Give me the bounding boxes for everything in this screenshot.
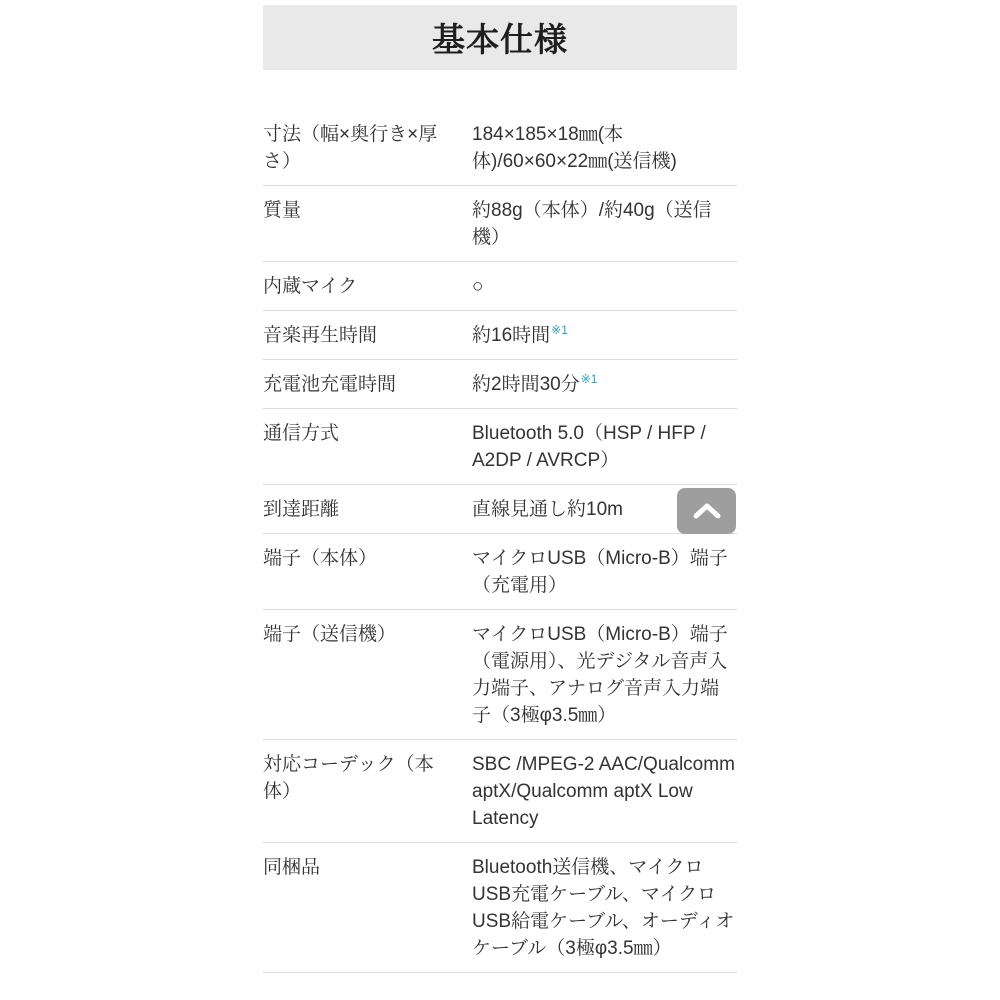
spec-label: 充電池充電時間 — [263, 371, 472, 398]
spec-value-text: Bluetooth 5.0（HSP / HFP / A2DP / AVRCP） — [472, 423, 706, 471]
table-row: 通信方式 Bluetooth 5.0（HSP / HFP / A2DP / AV… — [263, 409, 737, 485]
back-to-top-button[interactable] — [677, 488, 736, 534]
spec-value: 約88g（本体）/約40g（送信機） — [472, 197, 737, 251]
spec-value: マイクロUSB（Micro-B）端子（充電用） — [472, 545, 737, 599]
spec-label: 音楽再生時間 — [263, 322, 472, 349]
spec-table: 寸法（幅×奥行き×厚さ） 184×185×18㎜(本体)/60×60×22㎜(送… — [263, 110, 737, 973]
spec-value-text: 約2時間30分 — [472, 374, 580, 395]
spec-value: Bluetooth送信機、マイクロUSB充電ケーブル、マイクロUSB給電ケーブル… — [472, 854, 737, 962]
table-row: 寸法（幅×奥行き×厚さ） 184×185×18㎜(本体)/60×60×22㎜(送… — [263, 110, 737, 186]
spec-value-text: 約16時間 — [472, 325, 550, 346]
table-row: 端子（本体） マイクロUSB（Micro-B）端子（充電用） — [263, 534, 737, 610]
spec-label: 到達距離 — [263, 496, 472, 523]
spec-value: マイクロUSB（Micro-B）端子（電源用）、光デジタル音声入力端子、アナログ… — [472, 621, 737, 729]
spec-value: 約16時間※1 — [472, 322, 737, 349]
table-row: 音楽再生時間 約16時間※1 — [263, 311, 737, 360]
spec-value: Bluetooth 5.0（HSP / HFP / A2DP / AVRCP） — [472, 420, 737, 474]
table-row: 質量 約88g（本体）/約40g（送信機） — [263, 186, 737, 262]
spec-value-text: 約88g（本体）/約40g（送信機） — [472, 200, 712, 248]
table-row: 対応コーデック（本体） SBC /MPEG-2 AAC/Qualcomm apt… — [263, 740, 737, 843]
table-row: 端子（送信機） マイクロUSB（Micro-B）端子（電源用）、光デジタル音声入… — [263, 610, 737, 740]
section-header: 基本仕様 — [263, 5, 737, 70]
footnote-ref[interactable]: ※1 — [581, 372, 598, 386]
spec-value-text: マイクロUSB（Micro-B）端子（電源用）、光デジタル音声入力端子、アナログ… — [472, 624, 728, 726]
spec-label: 端子（本体） — [263, 545, 472, 599]
spec-label: 内蔵マイク — [263, 273, 472, 300]
spec-value: SBC /MPEG-2 AAC/Qualcomm aptX/Qualcomm a… — [472, 751, 737, 832]
spec-value-text: マイクロUSB（Micro-B）端子（充電用） — [472, 548, 728, 596]
spec-value-text: Bluetooth送信機、マイクロUSB充電ケーブル、マイクロUSB給電ケーブル… — [472, 857, 734, 959]
spec-value-text: SBC /MPEG-2 AAC/Qualcomm aptX/Qualcomm a… — [472, 754, 735, 829]
spec-value-circle: ○ — [472, 276, 483, 297]
spec-page: 基本仕様 寸法（幅×奥行き×厚さ） 184×185×18㎜(本体)/60×60×… — [263, 5, 737, 973]
page-title: 基本仕様 — [432, 14, 568, 61]
spec-value: 184×185×18㎜(本体)/60×60×22㎜(送信機) — [472, 121, 737, 175]
table-row: 同梱品 Bluetooth送信機、マイクロUSB充電ケーブル、マイクロUSB給電… — [263, 843, 737, 973]
spec-label: 同梱品 — [263, 854, 472, 962]
spec-label: 対応コーデック（本体） — [263, 751, 472, 832]
table-row: 内蔵マイク ○ — [263, 262, 737, 311]
spec-value-text: 184×185×18㎜(本体)/60×60×22㎜(送信機) — [472, 124, 677, 172]
footnote-ref[interactable]: ※1 — [551, 323, 568, 337]
table-row: 充電池充電時間 約2時間30分※1 — [263, 360, 737, 409]
spec-label: 通信方式 — [263, 420, 472, 474]
spec-label: 端子（送信機） — [263, 621, 472, 729]
spec-value: 約2時間30分※1 — [472, 371, 737, 398]
spec-value: ○ — [472, 273, 737, 300]
table-row: 到達距離 直線見通し約10m — [263, 485, 737, 534]
spec-value-text: 直線見通し約10m — [472, 499, 623, 520]
spec-label: 質量 — [263, 197, 472, 251]
chevron-up-icon — [691, 502, 723, 520]
spec-label: 寸法（幅×奥行き×厚さ） — [263, 121, 472, 175]
